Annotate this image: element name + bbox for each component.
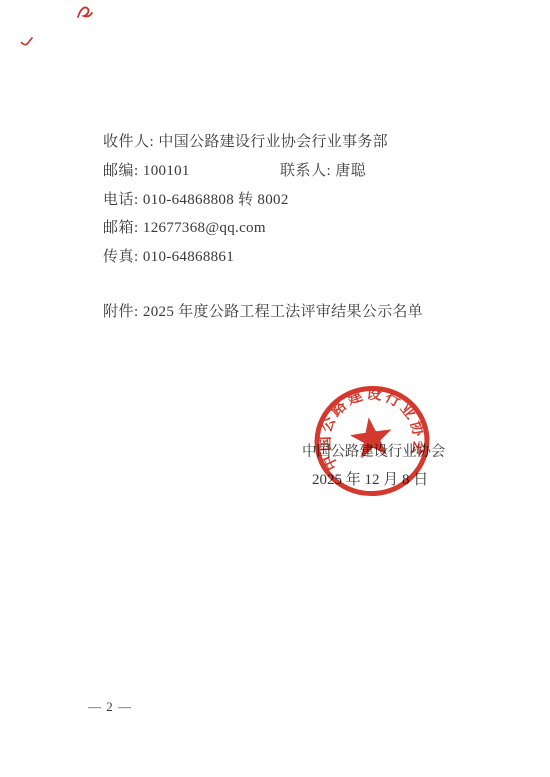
postcode-value: 100101: [143, 163, 190, 179]
fax-value: 010-64868861: [143, 249, 234, 265]
postcode-contact-line: 邮编: 100101 联系人: 唐聪: [103, 162, 190, 180]
email-line: 邮箱: 12677368@qq.com: [103, 219, 266, 237]
red-ink-mark-1-stroke: [78, 7, 92, 17]
attachment-label: 附件:: [103, 304, 143, 320]
official-seal: 中国公路建设行业协会: [302, 375, 442, 507]
attachment-line: 附件: 2025 年度公路工程工法评审结果公示名单: [103, 303, 423, 321]
red-ink-mark-1: [76, 4, 94, 20]
fax-line: 传真: 010-64868861: [103, 248, 234, 266]
email-value: 12677368@qq.com: [143, 220, 266, 236]
recipient-value: 中国公路建设行业协会行业事务部: [158, 134, 388, 150]
seal-group: 中国公路建设行业协会: [308, 377, 435, 501]
red-ink-mark-2-stroke: [22, 38, 33, 45]
phone-label: 电话:: [103, 192, 143, 208]
recipient-label: 收件人:: [103, 134, 158, 150]
page-number: — 2 —: [88, 699, 132, 715]
attachment-title: 2025 年度公路工程工法评审结果公示名单: [143, 304, 423, 320]
red-ink-mark-2: [20, 36, 33, 47]
recipient-line: 收件人: 中国公路建设行业协会行业事务部: [103, 133, 388, 151]
contact-person-group: 联系人: 唐聪: [280, 162, 366, 180]
phone-value: 010-64868808 转 8002: [143, 192, 289, 208]
postcode-label: 邮编:: [103, 163, 143, 179]
phone-line: 电话: 010-64868808 转 8002: [103, 191, 289, 209]
seal-star-icon: [348, 414, 395, 459]
contact-person-label: 联系人:: [280, 163, 335, 179]
fax-label: 传真:: [103, 249, 143, 265]
document-page: 收件人: 中国公路建设行业协会行业事务部 邮编: 100101 联系人: 唐聪 …: [0, 0, 550, 777]
email-label: 邮箱:: [103, 220, 143, 236]
contact-person-value: 唐聪: [335, 163, 366, 179]
